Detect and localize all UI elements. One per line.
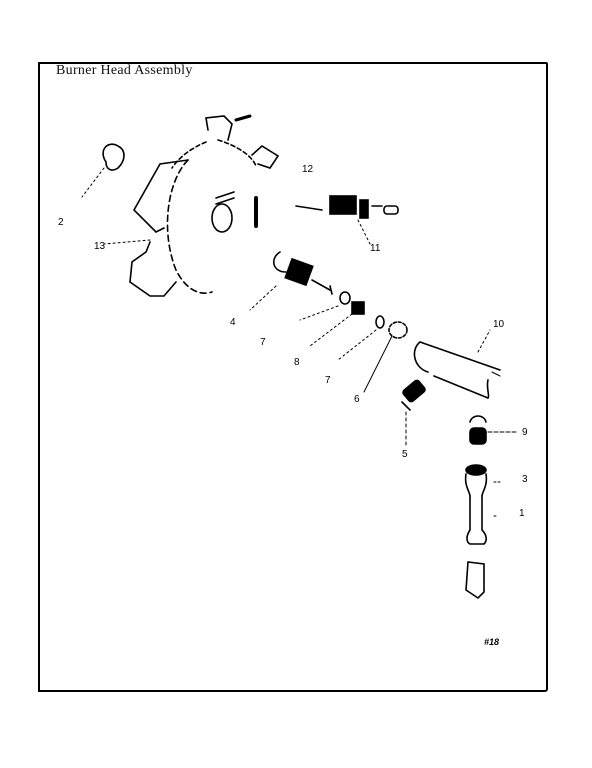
gasket-part (82, 144, 124, 197)
callout-label: 12 (302, 165, 313, 175)
callout-label: 13 (94, 242, 105, 252)
air-tube-part (414, 330, 500, 398)
burner-head-part (104, 116, 278, 296)
nozzle-adapter-part (250, 252, 332, 310)
electrode-part (296, 196, 398, 244)
callout-label: 10 (493, 320, 504, 330)
callout-label: 11 (370, 244, 380, 254)
figure-code: #18 (484, 637, 499, 647)
callout-label: 3 (522, 475, 528, 485)
callout-label: 1 (519, 509, 525, 519)
nut-part (470, 416, 518, 444)
exploded-view-illustration (0, 0, 592, 768)
callout-label: 7 (325, 376, 331, 386)
callout-label: 6 (354, 395, 360, 405)
callout-label: 4 (230, 318, 236, 328)
callout-label: 2 (58, 218, 64, 228)
callout-label: 5 (402, 450, 408, 460)
callout-label: 7 (260, 338, 266, 348)
tube-part (466, 465, 500, 598)
fitting-part (402, 379, 426, 446)
nozzle-part (352, 302, 364, 314)
callout-label: 9 (522, 428, 528, 438)
o-ring-part (340, 292, 350, 304)
o-ring-part-2 (376, 316, 384, 328)
callout-label: 8 (294, 358, 300, 368)
